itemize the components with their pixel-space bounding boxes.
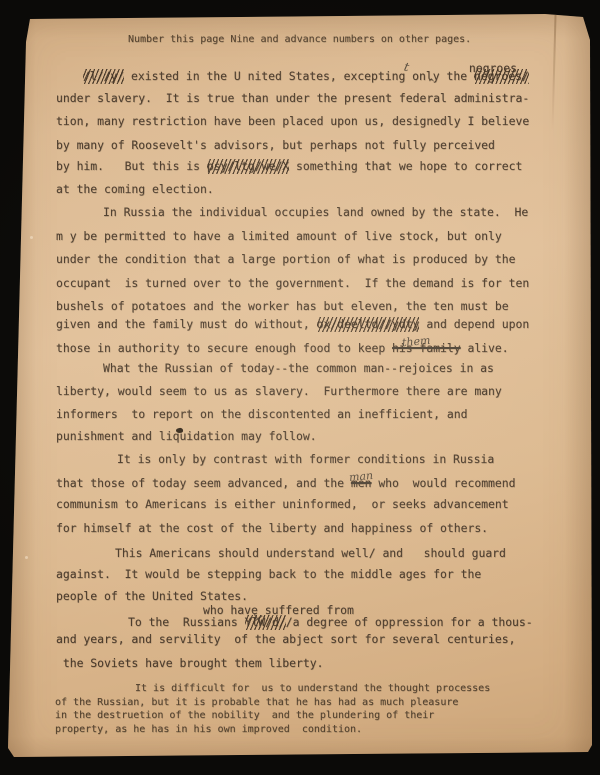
line-p6-2: and years, and servility of the abject s… <box>56 633 515 646</box>
line-p7-2: of the Russian, but it is probable that … <box>55 696 458 709</box>
line-p6-3: the Soviets have brought them liberty. <box>56 657 323 670</box>
line-p4-4: for himself at the cost of the liberty a… <box>56 522 488 535</box>
line-p4-3: communism to Americans is either uninfor… <box>56 498 509 511</box>
line-p2-1: In Russia the individual occupies land o… <box>103 206 528 219</box>
line-p3-4: punishment and liquidation may follow. <box>56 430 317 443</box>
line-p2-4: occupant is turned over to the governmen… <box>56 277 529 290</box>
handwritten-man: man <box>348 469 373 484</box>
photo-background: { "page": { "instruction": "Number this … <box>0 0 600 775</box>
overtyped-word: /l//y/ <box>83 70 124 83</box>
paper-speck <box>25 556 28 559</box>
line-p1-2: under slavery. It is true than under the… <box>56 92 529 105</box>
line-p5-1: This Americans should understand well/ a… <box>115 547 506 560</box>
handwritten-them: them <box>402 334 431 349</box>
overtyped-word: YlW/d/ <box>245 616 286 629</box>
line-p1-5: by him. But this is psy/ltg/we/X somethi… <box>56 160 522 173</box>
line-p2-5: bushels of potatoes and the worker has b… <box>56 300 509 313</box>
overtyped-word: ox/deeltd//ydty <box>317 318 420 331</box>
line-p2-3: under the condition that a large portion… <box>56 253 515 266</box>
line-p1-6: at the coming election. <box>56 183 214 196</box>
line-p1-3: tion, many restriction have been placed … <box>56 115 529 128</box>
page-instruction: Number this page Nine and advance number… <box>128 33 471 46</box>
insertion-caret: ^ <box>429 77 434 90</box>
line-p4-1: It is only by contrast with former condi… <box>117 453 494 466</box>
line-p5-3: people of the United States. <box>56 590 248 603</box>
overtyped-word: negroes/ <box>474 70 529 83</box>
line-p5-2: against. It would be stepping back to th… <box>56 568 481 581</box>
line-p2-6: given and the family must do without, ox… <box>56 318 529 331</box>
line-p6-1: To the Russians ×YlW/d//a degree of oppr… <box>128 616 533 629</box>
line-p7-1: It is difficult for us to understand the… <box>135 682 490 695</box>
line-p7-3: in the destruetion of the nobility and t… <box>55 709 434 722</box>
overtyped-word: psy/ltg/we/X <box>207 160 289 173</box>
line-p2-2: m y be permitted to have a limited amoun… <box>56 230 502 243</box>
line-p1-1: /l//y/ existed in the U nited States, ex… <box>83 70 529 83</box>
line-p3-2: liberty, would seem to us as slavery. Fu… <box>56 385 502 398</box>
line-p7-4: property, as he has in his own improved … <box>55 723 362 736</box>
line-p3-3: informers to report on the discontented … <box>56 408 467 421</box>
line-p2-7: those in authority to secure enough food… <box>56 342 509 355</box>
paper-speck <box>30 236 33 239</box>
line-p3-1: What the Russian of today--the common ma… <box>103 362 494 375</box>
line-p1-4: by many of Roosevelt's advisors, but per… <box>56 139 495 152</box>
line-p4-2: that those of today seem advanced, and t… <box>56 477 515 490</box>
